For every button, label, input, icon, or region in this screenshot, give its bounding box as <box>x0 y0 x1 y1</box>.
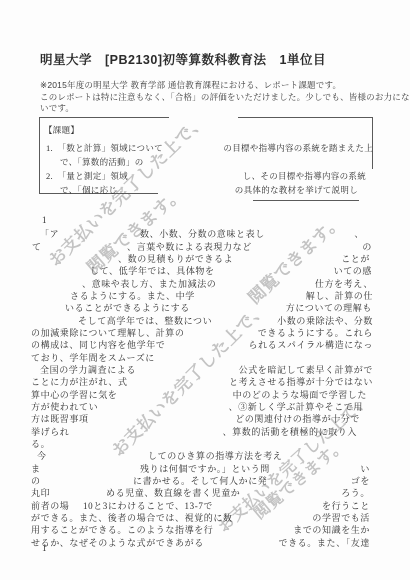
body-text-fragment: 方についての理解も <box>286 301 372 314</box>
body-text-fragment: できる。また、「友達 <box>278 536 370 549</box>
body-text-fragment: られるスパイラル構造になっ <box>248 338 373 351</box>
body-text-fragment: までの知識を生か <box>293 523 370 536</box>
body-text-fragment: 、算数的活動を積極的に取り入 <box>223 425 357 438</box>
body-text-fragment: と考えさせる指導が十分ではない <box>229 375 373 388</box>
body-text-fragment: の構成は、同じ内容を他学年で <box>31 338 165 351</box>
body-text-fragment: して、低学年では、具体物を <box>90 264 215 277</box>
body-text-fragment: て <box>32 240 42 253</box>
body-text-fragment: いての感 <box>334 264 372 277</box>
body-text-fragment: 「ア <box>40 227 59 240</box>
body-text-fragment: 今 <box>37 449 47 462</box>
body-text-fragment: 、 <box>354 227 364 240</box>
document-page: お支払いを完了した上で、閲覧できます。閲覧できます。お支払いを完了した上で、お支… <box>0 0 410 580</box>
body-text-fragment: ろう。 <box>341 486 370 499</box>
body-text-fragment: ことに力が注がれ、式 <box>31 375 128 388</box>
body-text-layer: 1「ア数、小数、分数の意味と表し、て、言葉や数による表現力などの、数の見積もりが… <box>0 0 410 580</box>
body-text-fragment: める児童、数直線を書く児童か <box>106 486 240 499</box>
page-number: 1 <box>42 543 47 553</box>
body-text-fragment: 数、小数、分数の意味と表し <box>140 227 265 240</box>
body-text-fragment: 1 <box>42 215 47 225</box>
body-text-fragment: せるか、なぜそのような式ができあがる <box>31 536 204 549</box>
body-text-fragment: どの関連付けの指導が十分で <box>235 412 360 425</box>
body-text-fragment: 方は既習事項 <box>31 412 89 425</box>
body-text-fragment: してのひき算の指導方法を考え <box>148 449 282 462</box>
body-text-fragment: 用することができる。このような指導を行 <box>31 523 213 536</box>
body-text-fragment: 丸印 <box>31 486 50 499</box>
body-text-fragment: いることができるようにする <box>65 301 190 314</box>
